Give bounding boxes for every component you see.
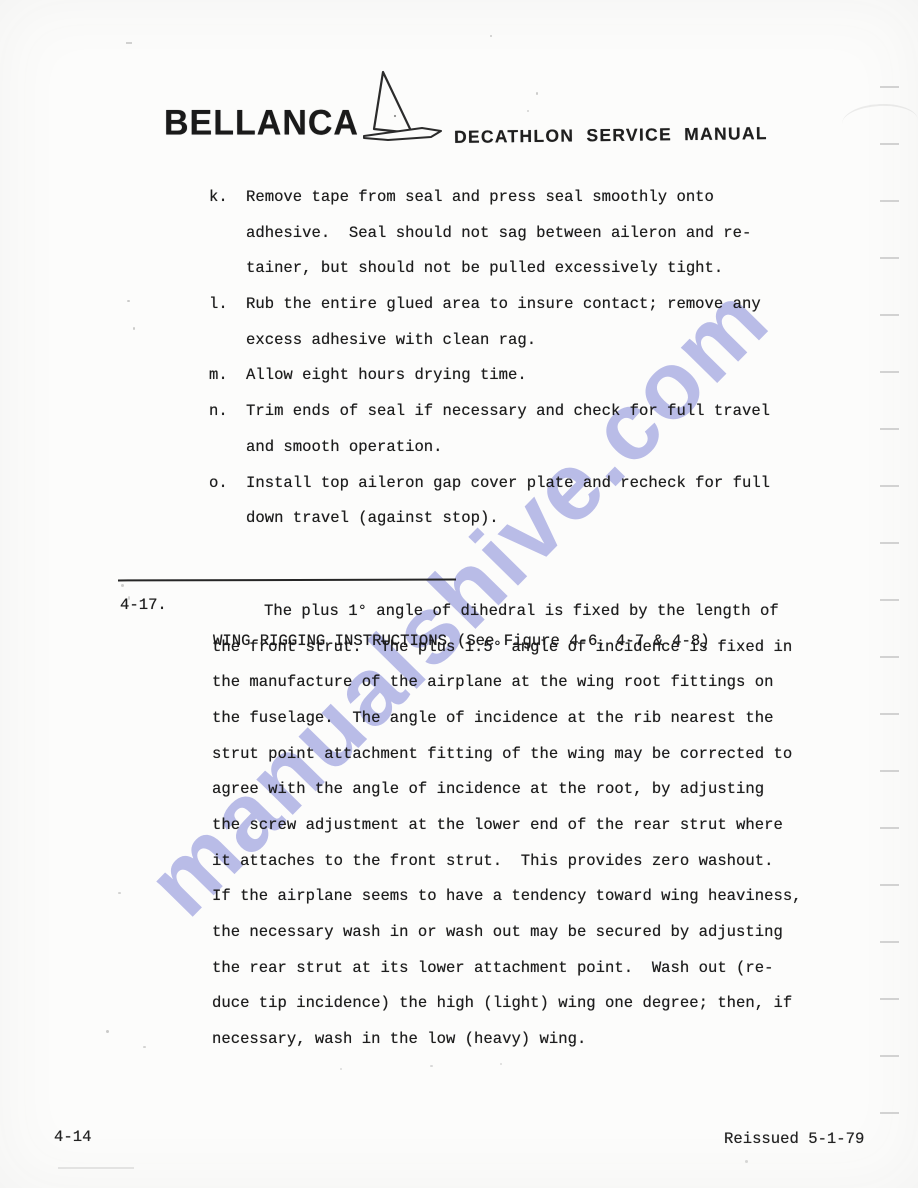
scan-speck [430, 1065, 433, 1067]
instruction-letter: o. [209, 466, 228, 502]
paragraph-line: the manufacture of the airplane at the w… [0, 665, 918, 701]
instruction-text: excess adhesive with clean rag. [246, 331, 536, 349]
paragraph-line: the fuselage. The angle of incidence at … [0, 701, 918, 737]
scan-speck [126, 42, 132, 44]
paragraph-line: the screw adjustment at the lower end of… [0, 808, 918, 844]
instruction-text: Install top aileron gap cover plate and … [246, 474, 770, 492]
instruction-line: n.Trim ends of seal if necessary and che… [0, 394, 918, 430]
instruction-text: and smooth operation. [246, 438, 443, 456]
paragraph-line: If the airplane seems to have a tendency… [0, 879, 918, 915]
paragraph-line: duce tip incidence) the high (light) win… [0, 986, 918, 1022]
instruction-list: k.Remove tape from seal and press seal s… [0, 180, 918, 537]
paragraph-line: the rear strut at its lower attachment p… [0, 951, 918, 987]
instruction-text: down travel (against stop). [246, 509, 499, 527]
manual-title: DECATHLON SERVICE MANUAL [454, 123, 768, 148]
scan-speck [500, 1063, 502, 1065]
section-heading: 4-17. WING RIGGING INSTRUCTIONS(See Figu… [0, 552, 918, 588]
instruction-letter: k. [209, 180, 228, 216]
section-title: WING RIGGING INSTRUCTIONS [213, 632, 447, 650]
reissue-date: Reissued 5-1-79 [724, 1122, 864, 1158]
instruction-text: adhesive. Seal should not sag between ai… [246, 224, 751, 242]
instruction-text: Remove tape from seal and press seal smo… [246, 188, 714, 206]
instruction-line: k.Remove tape from seal and press seal s… [0, 180, 918, 216]
instruction-line: and smooth operation. [0, 430, 918, 466]
paragraph-line: strut point attachment fitting of the wi… [0, 737, 918, 773]
aircraft-logo-icon [360, 70, 448, 144]
instruction-letter: l. [209, 287, 228, 323]
instruction-letter: n. [209, 394, 228, 430]
scan-speck [745, 1160, 748, 1163]
paragraph-line: agree with the angle of incidence at the… [0, 772, 918, 808]
paragraph-line: it attaches to the front strut. This pro… [0, 844, 918, 880]
page-body: k.Remove tape from seal and press seal s… [0, 180, 918, 1058]
brand-logo-text: BELLANCA [164, 103, 359, 144]
instruction-line: m.Allow eight hours drying time. [0, 358, 918, 394]
scan-arc-artifact [841, 102, 918, 142]
instruction-letter: m. [209, 358, 228, 394]
instruction-line: o.Install top aileron gap cover plate an… [0, 466, 918, 502]
instruction-text: tainer, but should not be pulled excessi… [246, 259, 723, 277]
instruction-line: down travel (against stop). [0, 501, 918, 537]
page-number: 4-14 [54, 1120, 91, 1156]
section-number: 4-17. [120, 588, 167, 624]
paragraph-line: necessary, wash in the low (heavy) wing. [0, 1022, 918, 1058]
scan-speck [527, 110, 529, 112]
instruction-text: Trim ends of seal if necessary and check… [246, 402, 770, 420]
body-paragraph: The plus 1° angle of dihedral is fixed b… [0, 594, 918, 1058]
paragraph-line: the necessary wash in or wash out may be… [0, 915, 918, 951]
instruction-line: l.Rub the entire glued area to insure co… [0, 287, 918, 323]
instruction-text: Rub the entire glued area to insure cont… [246, 295, 761, 313]
section-title-suffix: (See Figure 4-6, 4-7 & 4-8) [457, 632, 710, 650]
instruction-text: Allow eight hours drying time. [246, 366, 527, 384]
instruction-line: tainer, but should not be pulled excessi… [0, 251, 918, 287]
section-underline [118, 579, 456, 582]
scan-bottom-line [58, 1167, 134, 1169]
scan-speck [490, 35, 492, 37]
instruction-line: excess adhesive with clean rag. [0, 323, 918, 359]
scan-speck [340, 1068, 342, 1070]
scanned-manual-page: manualshive.com BELLANCA DECATHLON SERVI… [0, 0, 918, 1188]
instruction-line: adhesive. Seal should not sag between ai… [0, 216, 918, 252]
scan-speck [536, 92, 538, 95]
